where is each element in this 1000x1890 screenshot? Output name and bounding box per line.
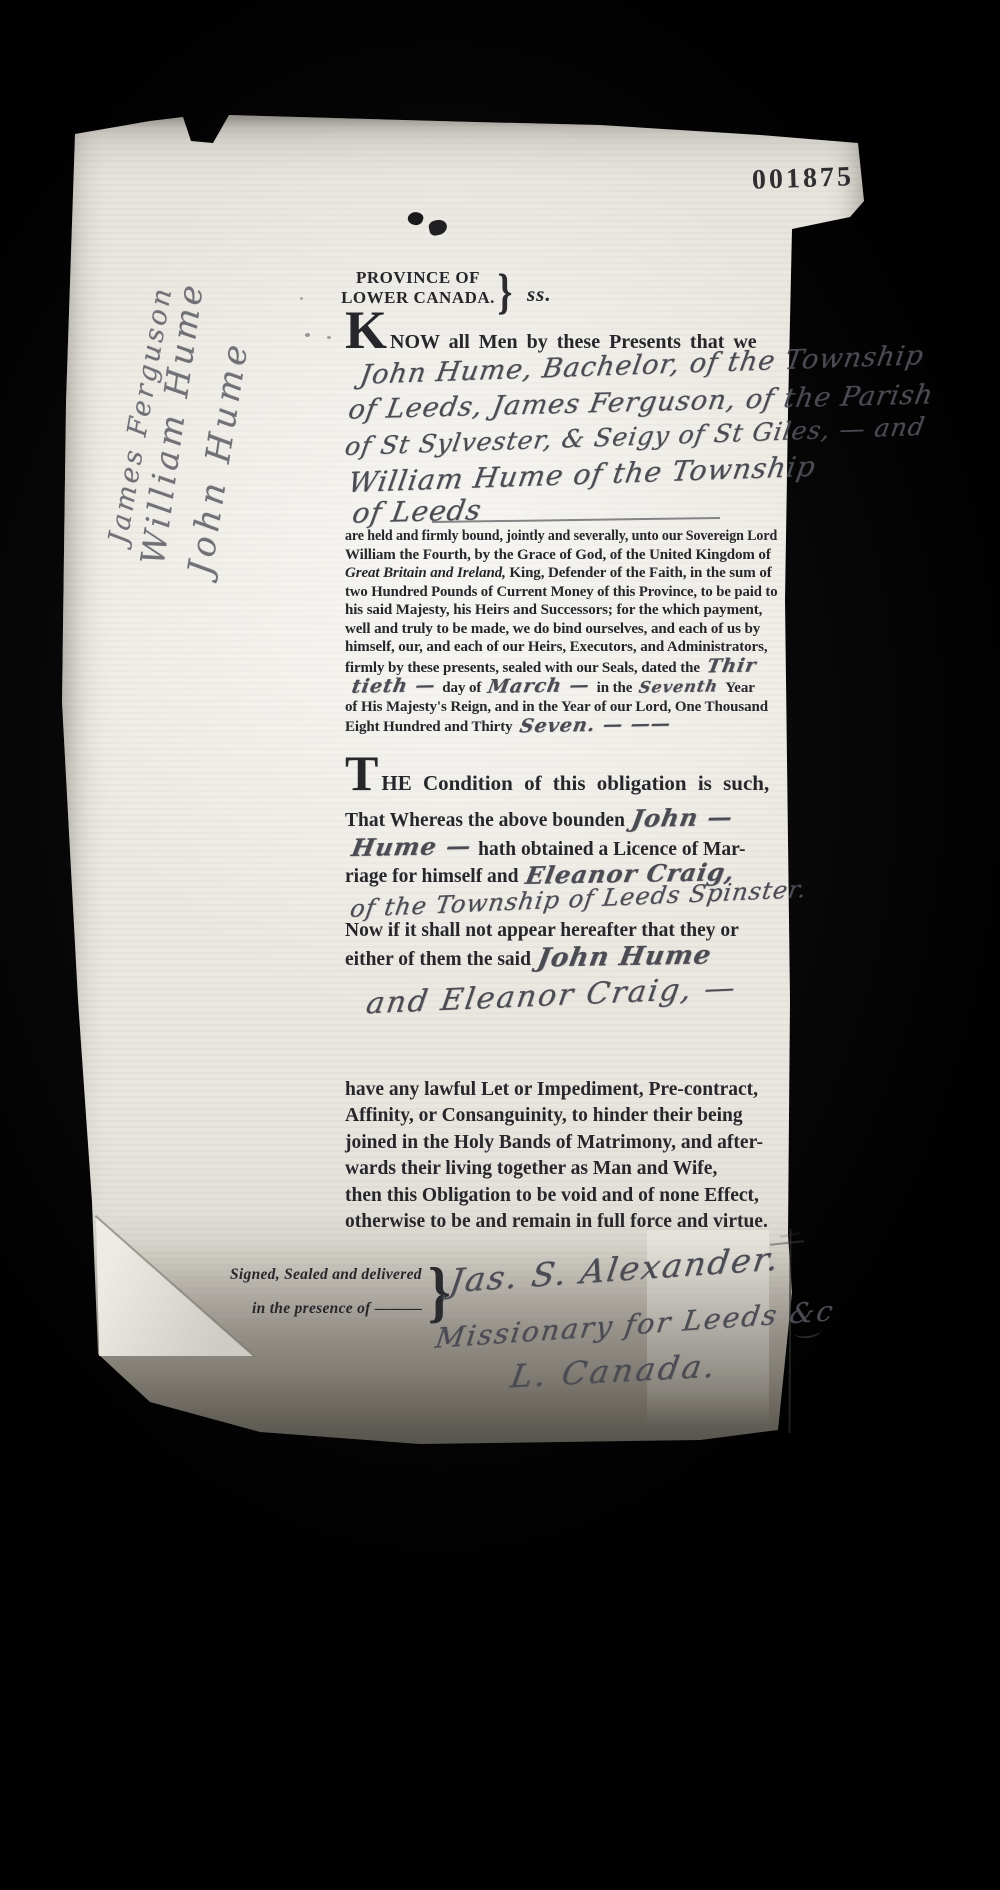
attestation-label-1: Signed, Sealed and delivered [230, 1266, 422, 1284]
closing-line: wards their living together as Man and W… [345, 1156, 773, 1182]
bond-line: are held and firmly bound, jointly and s… [345, 527, 748, 546]
party-line-5: of Leeds [350, 493, 484, 529]
dust-speck [300, 297, 303, 300]
bond-line: William the Fourth, by the Grace of God,… [345, 546, 777, 565]
bond-line: Eight Hundred and ThirtySeven. — —— [345, 716, 777, 737]
stamp-number: 001875 [751, 161, 854, 197]
closing-line: have any lawful Let or Impediment, Pre-c… [345, 1077, 773, 1103]
attestation-label-2: in the presence of ——— [252, 1300, 422, 1318]
bond-line: tieth —day ofMarch —in theSeventhYear [345, 677, 777, 698]
province-line-1: PROVINCE OF [337, 268, 499, 288]
bond-line: Great Britain and Ireland, King, Defende… [345, 564, 777, 583]
bond-line: well and truly to be made, we do bind ou… [345, 620, 777, 639]
vertical-crease-line [788, 1229, 791, 1433]
bond-line: of His Majesty's Reign, and in the Year … [345, 698, 777, 717]
closing-line: otherwise to be and remain in full force… [345, 1209, 773, 1235]
closing-line: joined in the Holy Bands of Matrimony, a… [345, 1130, 773, 1156]
opening-dropcap: K [345, 308, 387, 354]
bond-paragraph: are held and firmly bound, jointly and s… [345, 527, 777, 737]
closing-line: then this Obligation to be void and of n… [345, 1183, 773, 1209]
closing-line: Affinity, or Consanguinity, to hinder th… [345, 1103, 773, 1129]
dust-speck [327, 336, 331, 339]
condition-line-6: either of them the saidJohn Hume [345, 944, 775, 973]
condition-heading: T HE Condition of this obligation is suc… [345, 752, 773, 796]
scanned-document-page: 001875 James Ferguson William Hume John … [0, 0, 1000, 1890]
bond-line: his said Majesty, his Heirs and Successo… [345, 601, 777, 620]
condition-line-1: That Whereas the above boundenJohn — [345, 806, 775, 834]
dust-speck [305, 333, 310, 337]
condition-heading-text: HE Condition of this obligation is such, [381, 771, 773, 796]
condition-dropcap: T [345, 752, 378, 795]
ss-label: ss. [527, 282, 552, 307]
bond-line: himself, our, and each of our Heirs, Exe… [345, 638, 777, 657]
closing-paragraph: have any lawful Let or Impediment, Pre-c… [345, 1077, 773, 1235]
bond-line: two Hundred Pounds of Current Money of t… [345, 583, 769, 602]
